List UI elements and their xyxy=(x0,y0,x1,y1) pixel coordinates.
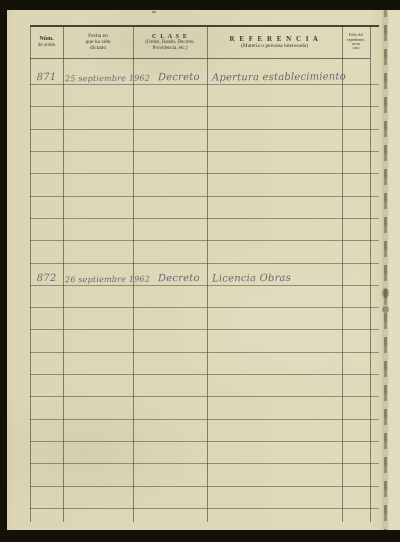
grid-hline xyxy=(30,441,379,442)
grid-hline xyxy=(30,129,379,130)
grid-hline xyxy=(30,374,379,375)
header-text: (Materia o persona interesada) xyxy=(207,43,342,49)
grid-hline xyxy=(30,106,379,107)
column-header-referencia: R E F E R E N C I A (Materia o persona i… xyxy=(207,26,342,58)
grid-hline xyxy=(30,196,379,197)
fold-stain xyxy=(382,288,389,298)
entry-referencia: Apertura establecimiento xyxy=(212,67,340,83)
grid-hline xyxy=(30,218,379,219)
scan-speck xyxy=(152,11,156,13)
grid-hline xyxy=(30,173,379,174)
header-text: dictado xyxy=(63,45,133,51)
header-text: Providencia, etc.) xyxy=(133,46,207,52)
grid-hline xyxy=(30,240,379,241)
header-text: R E F E R E N C I A xyxy=(207,35,342,43)
grid-hline xyxy=(30,307,379,308)
header-bottom-border xyxy=(30,58,370,59)
column-header-clase: C L A S E (Orden, Bando, Decreto, Provid… xyxy=(133,26,207,58)
grid-hline xyxy=(30,151,379,152)
column-header-folio: Folio del expediente, en su caso xyxy=(342,26,370,58)
scanned-ledger-page: Núm. de orden Fecha en que ha sido dicta… xyxy=(0,0,400,542)
header-text: Núm. xyxy=(30,36,63,43)
grid-hline xyxy=(30,84,379,85)
column-header-fecha: Fecha en que ha sido dictado xyxy=(63,26,133,58)
entry-num: 872 xyxy=(31,269,62,284)
entry-fecha: 25 septiembre 1962 xyxy=(65,68,132,84)
header-text: de orden xyxy=(30,43,63,49)
grid-vline xyxy=(63,25,64,522)
book-fold-edge xyxy=(384,10,387,530)
fold-stain xyxy=(382,306,389,313)
entry-num: 871 xyxy=(31,68,62,83)
grid-hline xyxy=(30,329,379,330)
grid-hline xyxy=(30,508,379,509)
grid-vline xyxy=(133,25,134,522)
grid-hline xyxy=(30,396,379,397)
grid-hline xyxy=(30,285,379,286)
header-text: C L A S E xyxy=(133,33,207,40)
column-header-num: Núm. de orden xyxy=(30,26,63,58)
grid-vline xyxy=(342,25,343,522)
header-text: caso xyxy=(342,46,370,50)
grid-vline xyxy=(370,25,371,522)
grid-hline xyxy=(30,486,379,487)
grid-hline xyxy=(30,352,379,353)
grid-hline xyxy=(30,419,379,420)
grid-hline xyxy=(30,263,379,264)
entry-referencia: Licencia Obras xyxy=(212,268,340,284)
grid-hline xyxy=(30,463,379,464)
entry-fecha: 26 septiembre 1962 xyxy=(65,269,132,285)
